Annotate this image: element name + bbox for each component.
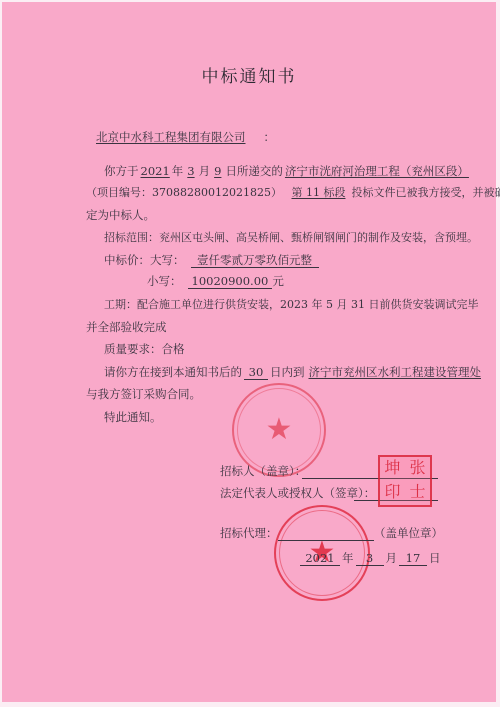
submission-year: 2021 bbox=[139, 164, 172, 178]
tenderer-seal: ★ bbox=[232, 383, 326, 477]
recipient-name: 北京中水科工程集团有限公司 bbox=[90, 130, 264, 144]
scope-value: 兖州区屯头闸、高吴桥闸、甄桥闸钢闸门的制作及安装，含预埋。 bbox=[159, 231, 478, 244]
contract-place: 济宁市兖州区水利工程建设管理处 bbox=[305, 365, 482, 379]
agent-signature-line bbox=[278, 540, 374, 541]
contract-days: 30 bbox=[244, 365, 268, 380]
agent-seal-note: （盖单位章） bbox=[374, 526, 443, 540]
para-text: 请你方在接到本通知书后的 bbox=[104, 365, 242, 379]
schedule-line1: 工期：配合施工单位进行供货安装，2023 年 5 月 31 日前供货安装调试完毕 bbox=[104, 298, 478, 312]
award-price-lower: 小写：10020900.00元 bbox=[147, 274, 284, 289]
para-text: 你方于 bbox=[104, 164, 139, 178]
seal-char: 坤 bbox=[380, 457, 405, 481]
contract-line2: 与我方签订采购合同。 bbox=[86, 387, 201, 401]
schedule-line2: 并全部验收完成 bbox=[86, 320, 167, 334]
bid-section: 第 11 标段 bbox=[285, 186, 351, 199]
document-page: 中标通知书 北京中水科工程集团有限公司： 你方于2021年3月9日所递交的济宁市… bbox=[2, 2, 496, 702]
para-text: 日所递交的 bbox=[225, 164, 283, 178]
seal-star-icon: ★ bbox=[266, 415, 293, 445]
notice-date: 2021年3月17日 bbox=[300, 551, 441, 566]
quality-requirement: 质量要求：合格 bbox=[104, 342, 185, 356]
price-unit: 元 bbox=[272, 274, 284, 288]
contract-line1: 请你方在接到本通知书后的30日内到济宁市兖州区水利工程建设管理处 bbox=[104, 365, 481, 380]
recipient-line: 北京中水科工程集团有限公司： bbox=[90, 130, 275, 144]
date-month: 3 bbox=[356, 551, 384, 566]
seal-char: 张 bbox=[405, 457, 430, 481]
date-text: 日 bbox=[429, 551, 441, 565]
price-upper-value: 壹仟零贰万零玖佰元整 bbox=[191, 253, 319, 268]
date-year: 2021 bbox=[300, 551, 340, 566]
para-text: （项目编号： bbox=[86, 186, 152, 199]
recipient-suffix: ： bbox=[264, 130, 276, 144]
closing-text: 特此通知。 bbox=[104, 410, 162, 424]
para-text: ） bbox=[271, 186, 282, 199]
date-text: 年 bbox=[342, 551, 354, 565]
award-price-upper: 中标价：大写：壹仟零贰万零玖佰元整 bbox=[104, 253, 319, 268]
award-paragraph-line3: 定为中标人。 bbox=[86, 208, 155, 222]
price-label: 中标价： bbox=[104, 253, 150, 267]
submission-month: 3 bbox=[183, 164, 198, 178]
para-text: 年 bbox=[172, 164, 184, 178]
scope-label: 招标范围： bbox=[104, 231, 159, 244]
tender-scope: 招标范围：兖州区屯头闸、高吴桥闸、甄桥闸钢闸门的制作及安装，含预埋。 bbox=[104, 231, 478, 245]
agent-label: 招标代理： bbox=[220, 526, 278, 540]
document-title: 中标通知书 bbox=[2, 62, 496, 87]
legal-rep-label: 法定代表人或授权人（签章）： bbox=[220, 486, 375, 500]
para-text: 月 bbox=[199, 164, 211, 178]
tenderer-label: 招标人（盖章）： bbox=[220, 464, 306, 478]
price-lower-label: 小写： bbox=[147, 274, 182, 288]
award-paragraph-line1: 你方于2021年3月9日所递交的济宁市洸府河治理工程（兖州区段） bbox=[104, 164, 469, 178]
award-paragraph-line2: （项目编号：37088280012021825） 第 11 标段投标文件已被我方… bbox=[86, 186, 500, 200]
project-code: 37088280012021825 bbox=[152, 186, 271, 199]
seal-char: 印 bbox=[380, 481, 405, 505]
para-text: 日内到 bbox=[270, 365, 305, 379]
personal-seal: 坤 张 印 士 bbox=[378, 455, 432, 507]
para-text: 投标文件已被我方接受，并被确 bbox=[351, 186, 500, 199]
price-upper-label: 大写： bbox=[150, 253, 185, 267]
price-lower-value: 10020900.00 bbox=[188, 274, 273, 289]
project-name: 济宁市洸府河治理工程（兖州区段） bbox=[283, 164, 469, 178]
date-day: 17 bbox=[399, 551, 427, 566]
submission-day: 9 bbox=[210, 164, 225, 178]
seal-char: 士 bbox=[405, 481, 430, 505]
date-text: 月 bbox=[386, 551, 398, 565]
